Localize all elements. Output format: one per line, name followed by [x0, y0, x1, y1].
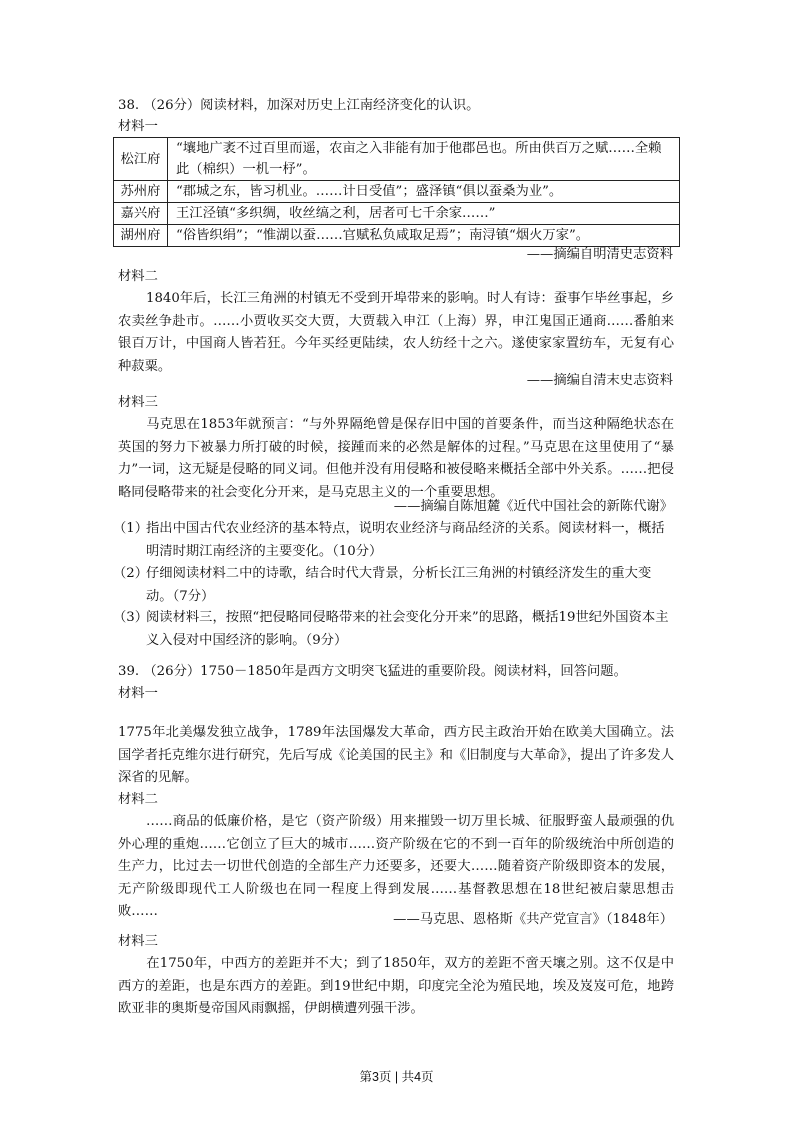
q38-material1-label: 材料一 — [118, 116, 158, 138]
q38-material1-source: ——摘编自明清史志资料 — [527, 244, 673, 266]
subquestion-number: （1） — [113, 518, 148, 541]
q38-material2-text: 1840年后，长江三角洲的村镇无不受到开埠带来的影响。时人有诗：蚕事乍毕丝事起，… — [118, 288, 674, 378]
quote-cell: “郡城之东，皆习机业。……计日受值”；盛泽镇“俱以蚕桑为业”。 — [168, 181, 680, 203]
place-cell: 湖州府 — [114, 225, 168, 247]
q39-material2-source: ——马克思、恩格斯《共产党宣言》（1848年） — [393, 909, 673, 931]
q38-material1-table: 松江府 “壤地广袤不过百里而遥，农亩之入非能有加于他郡邑也。所由供百万之赋……全… — [113, 137, 680, 247]
q38-subquestion-1: （1） 指出中国古代农业经济的基本特点，说明农业经济与商品经济的关系。阅读材料一… — [113, 518, 673, 563]
subquestion-number: （2） — [113, 563, 148, 586]
q39-material1-label: 材料一 — [118, 683, 158, 705]
q38-material3-text: 马克思在1853年就预言：“与外界隔绝曾是保存旧中国的首要条件，而当这种隔绝状态… — [118, 414, 674, 504]
quote-cell: 王江泾镇“多织绸，收丝缟之利，居者可七千余家……” — [168, 203, 680, 225]
place-cell: 松江府 — [114, 138, 168, 181]
subquestion-text: 仔细阅读材料二中的诗歌，结合时代大背景，分析长江三角洲的村镇经济发生的重大变动。… — [146, 563, 673, 608]
q38-material3-body: 马克思在1853年就预言：“与外界隔绝曾是保存旧中国的首要条件，而当这种隔绝状态… — [118, 417, 674, 500]
table-row: 苏州府 “郡城之东，皆习机业。……计日受值”；盛泽镇“俱以蚕桑为业”。 — [114, 181, 680, 203]
q38-subquestion-2: （2） 仔细阅读材料二中的诗歌，结合时代大背景，分析长江三角洲的村镇经济发生的重… — [113, 563, 673, 608]
table-row: 嘉兴府 王江泾镇“多织绸，收丝缟之利，居者可七千余家……” — [114, 203, 680, 225]
q39-material1-text: 1775年北美爆发独立战争，1789年法国爆发大革命，西方民主政治开始在欧美大国… — [118, 722, 674, 790]
q38-heading: 38. （26分）阅读材料，加深对历史上江南经济变化的认识。 — [118, 95, 479, 117]
subquestion-number: （3） — [113, 607, 148, 630]
exam-page: 38. （26分）阅读材料，加深对历史上江南经济变化的认识。 材料一 松江府 “… — [0, 0, 793, 1122]
place-cell: 苏州府 — [114, 181, 168, 203]
q38-material2-body: 1840年后，长江三角洲的村镇无不受到开埠带来的影响。时人有诗：蚕事乍毕丝事起，… — [118, 291, 674, 374]
q39-material2-body: ……商品的低廉价格，是它（资产阶级）用来摧毁一切万里长城、征服野蛮人最顽强的仇外… — [118, 814, 674, 919]
q39-heading: 39. （26分）1750－1850年是西方文明突飞猛进的重要阶段。阅读材料，回… — [118, 661, 627, 683]
quote-cell: “壤地广袤不过百里而遥，农亩之入非能有加于他郡邑也。所由供百万之赋……全赖此（棉… — [168, 138, 680, 181]
q38-material3-source: ——摘编自陈旭麓《近代中国社会的新陈代谢》 — [394, 496, 673, 518]
q39-material3-label: 材料三 — [118, 931, 158, 953]
q39-material3-text: 在1750年，中西方的差距并不大；到了1850年，双方的差距不啻天壤之别。这不仅… — [118, 953, 674, 1021]
place-cell: 嘉兴府 — [114, 203, 168, 225]
q38-material2-source: ——摘编自清末史志资料 — [527, 370, 673, 392]
q39-material2-label: 材料二 — [118, 789, 158, 811]
q39-material2-text: ……商品的低廉价格，是它（资产阶级）用来摧毁一切万里长城、征服野蛮人最顽强的仇外… — [118, 811, 674, 924]
q39-material3-body: 在1750年，中西方的差距并不大；到了1850年，双方的差距不啻天壤之别。这不仅… — [118, 956, 674, 1016]
table-row: 松江府 “壤地广袤不过百里而遥，农亩之入非能有加于他郡邑也。所由供百万之赋……全… — [114, 138, 680, 181]
q38-subquestion-3: （3） 阅读材料三，按照“把侵略同侵略带来的社会变化分开来”的思路，概括19世纪… — [113, 607, 673, 652]
q38-material2-label: 材料二 — [118, 266, 158, 288]
subquestion-text: 指出中国古代农业经济的基本特点，说明农业经济与商品经济的关系。阅读材料一，概括明… — [146, 518, 673, 563]
page-footer: 第3页 | 共4页 — [0, 1067, 793, 1085]
q38-material3-label: 材料三 — [118, 392, 158, 414]
subquestion-text: 阅读材料三，按照“把侵略同侵略带来的社会变化分开来”的思路，概括19世纪外国资本… — [146, 607, 673, 652]
